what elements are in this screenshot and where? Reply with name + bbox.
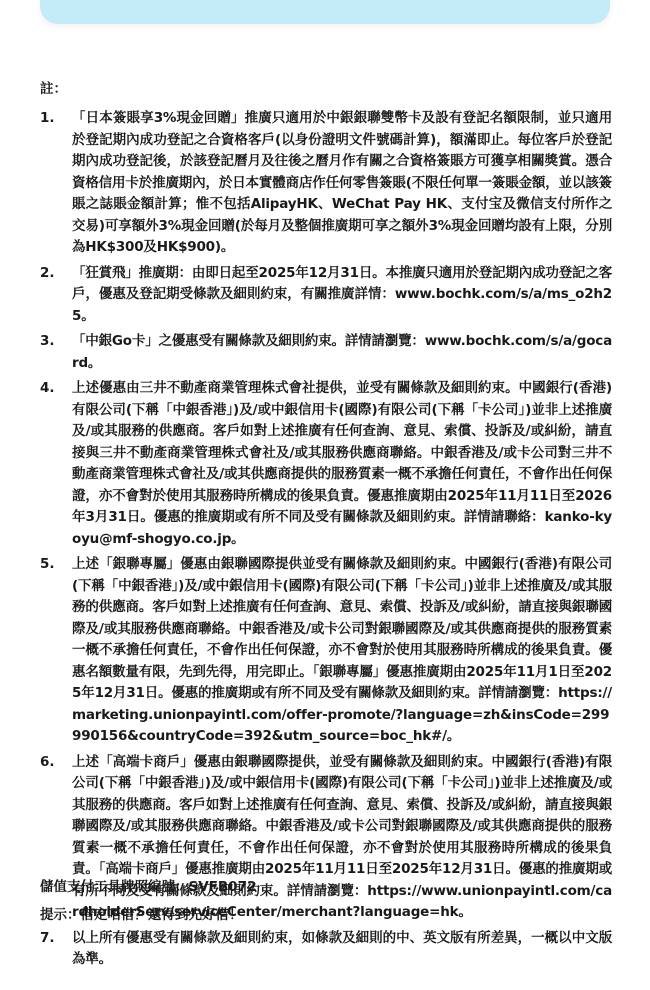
- note-item-1: 1. 「日本簽賬享3%現金回贈」推廣只適用於中銀銀聯雙幣卡及設有登記名額限制，並…: [40, 108, 612, 259]
- note-text: 「日本簽賬享3%現金回贈」推廣只適用於中銀銀聯雙幣卡及設有登記名額限制，並只適用…: [72, 108, 612, 259]
- note-item-3: 3. 「中銀Go卡」之優惠受有關條款及細則約束。詳情請瀏覽：www.bochk.…: [40, 331, 612, 374]
- note-text: 上述優惠由三井不動產商業管理株式會社提供，並受有關條款及細則約束。中國銀行(香港…: [72, 378, 612, 550]
- note-number: 6.: [40, 752, 72, 774]
- borrowing-reminder: 提示：借定唔借？還得到先好借！: [40, 905, 612, 925]
- notes-heading: 註：: [40, 79, 67, 99]
- note-number: 1.: [40, 108, 72, 130]
- notes-list: 1. 「日本簽賬享3%現金回贈」推廣只適用於中銀銀聯雙幣卡及設有登記名額限制，並…: [40, 108, 612, 975]
- note-text: 「狂賞飛」推廣期：由即日起至2025年12月31日。本推廣只適用於登記期內成功登…: [72, 263, 612, 328]
- top-banner: [40, 0, 610, 24]
- note-number: 3.: [40, 331, 72, 353]
- license-number: 儲值支付工具牌照編號：SVFB072: [40, 877, 612, 897]
- note-item-4: 4. 上述優惠由三井不動產商業管理株式會社提供，並受有關條款及細則約束。中國銀行…: [40, 378, 612, 550]
- footer: 儲值支付工具牌照編號：SVFB072 提示：借定唔借？還得到先好借！: [40, 877, 612, 933]
- note-item-5: 5. 上述「銀聯專屬」優惠由銀聯國際提供並受有關條款及細則約束。中國銀行(香港)…: [40, 554, 612, 748]
- note-number: 2.: [40, 263, 72, 285]
- note-text: 以上所有優惠受有關條款及細則約束，如條款及細則的中、英文版有所差異，一概以中文版…: [72, 928, 612, 971]
- note-number: 5.: [40, 554, 72, 576]
- note-item-7: 7. 以上所有優惠受有關條款及細則約束，如條款及細則的中、英文版有所差異，一概以…: [40, 928, 612, 971]
- note-number: 4.: [40, 378, 72, 400]
- note-text: 上述「銀聯專屬」優惠由銀聯國際提供並受有關條款及細則約束。中國銀行(香港)有限公…: [72, 554, 612, 748]
- note-item-2: 2. 「狂賞飛」推廣期：由即日起至2025年12月31日。本推廣只適用於登記期內…: [40, 263, 612, 328]
- note-text: 「中銀Go卡」之優惠受有關條款及細則約束。詳情請瀏覽：www.bochk.com…: [72, 331, 612, 374]
